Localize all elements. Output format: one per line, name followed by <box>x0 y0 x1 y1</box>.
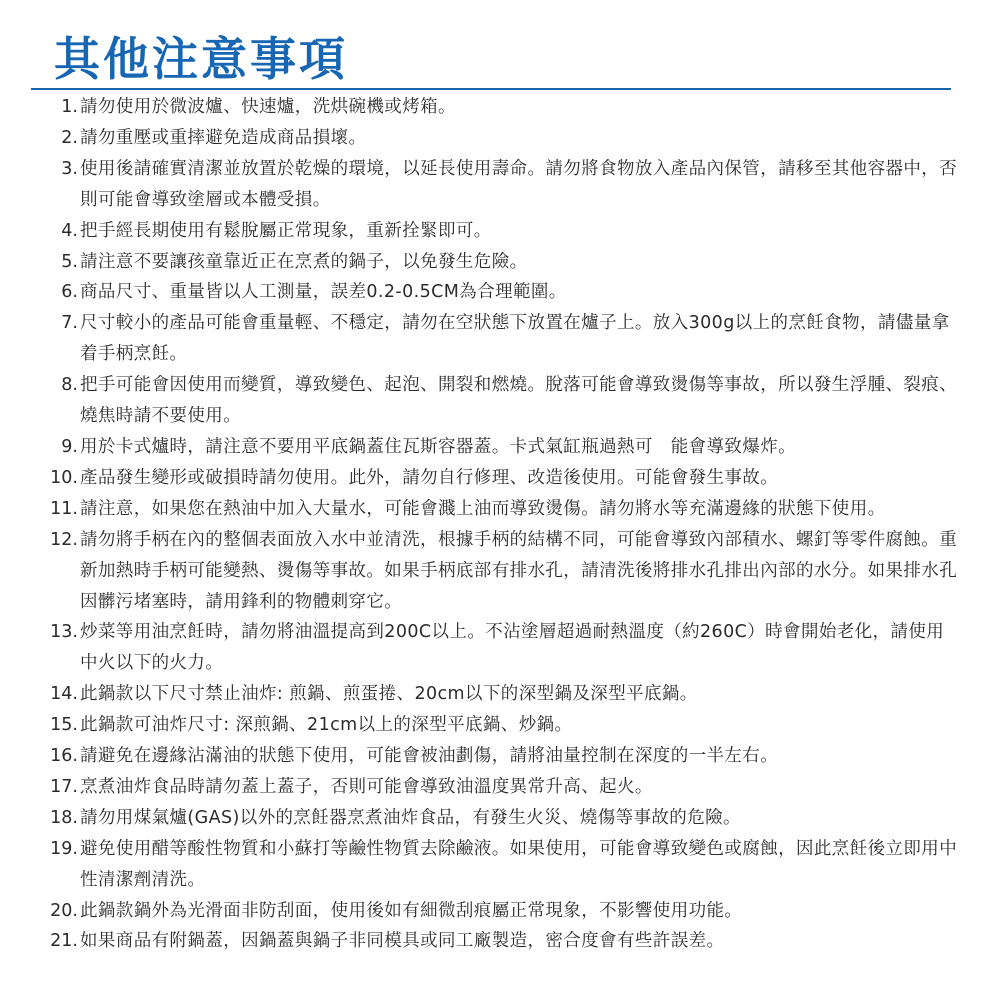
note-text: 請勿將手柄在內的整個表面放入水中並清洗，根據手柄的結構不同，可能會導致內部積水、… <box>80 525 960 618</box>
note-text: 請勿使用於微波爐、快速爐，洗烘碗機或烤箱。 <box>80 92 960 123</box>
note-text: 把手經長期使用有鬆脫屬正常現象，重新拴緊即可。 <box>80 216 960 247</box>
note-item: 20.此鍋款鍋外為光滑面非防刮面，使用後如有細微刮痕屬正常現象，不影響使用功能。 <box>0 896 1000 927</box>
note-item: 8.把手可能會因使用而變質，導致變色、起泡、開裂和燃燒。脫落可能會導致燙傷等事故… <box>0 370 1000 432</box>
note-number: 16. <box>0 741 80 772</box>
note-number: 1. <box>0 92 80 123</box>
note-item: 1.請勿使用於微波爐、快速爐，洗烘碗機或烤箱。 <box>0 92 1000 123</box>
note-item: 10.產品發生變形或破損時請勿使用。此外，請勿自行修理、改造後使用。可能會發生事… <box>0 463 1000 494</box>
note-item: 4.把手經長期使用有鬆脫屬正常現象，重新拴緊即可。 <box>0 216 1000 247</box>
note-item: 15.此鍋款可油炸尺寸: 深煎鍋、21cm以上的深型平底鍋、炒鍋。 <box>0 710 1000 741</box>
note-number: 5. <box>0 247 80 278</box>
note-text: 如果商品有附鍋蓋，因鍋蓋與鍋子非同模具或同工廠製造，密合度會有些許誤差。 <box>80 926 960 957</box>
note-number: 7. <box>0 308 80 339</box>
note-item: 2.請勿重壓或重摔避免造成商品損壞。 <box>0 123 1000 154</box>
notes-list: 1.請勿使用於微波爐、快速爐，洗烘碗機或烤箱。 2.請勿重壓或重摔避免造成商品損… <box>0 92 1000 957</box>
note-text: 請注意，如果您在熱油中加入大量水，可能會濺上油而導致燙傷。請勿將水等充滿邊緣的狀… <box>80 494 960 525</box>
note-number: 2. <box>0 123 80 154</box>
note-text: 用於卡式爐時，請注意不要用平底鍋蓋住瓦斯容器蓋。卡式氣缸瓶過熱可 能會導致爆炸。 <box>80 432 960 463</box>
title-divider <box>31 88 951 90</box>
note-text: 商品尺寸、重量皆以人工測量，誤差0.2-0.5CM為合理範圍。 <box>80 277 960 308</box>
note-text: 請注意不要讓孩童靠近正在烹煮的鍋子，以免發生危險。 <box>80 247 960 278</box>
note-number: 8. <box>0 370 80 401</box>
note-number: 18. <box>0 803 80 834</box>
note-number: 14. <box>0 679 80 710</box>
note-number: 12. <box>0 525 80 556</box>
note-text: 請勿用煤氣爐(GAS)以外的烹飪器烹煮油炸食品，有發生火災、燒傷等事故的危險。 <box>80 803 960 834</box>
note-number: 4. <box>0 216 80 247</box>
note-text: 產品發生變形或破損時請勿使用。此外，請勿自行修理、改造後使用。可能會發生事故。 <box>80 463 960 494</box>
note-item: 13.炒菜等用油烹飪時，請勿將油溫提高到200C以上。不沾塗層超過耐熱溫度（約2… <box>0 617 1000 679</box>
note-number: 15. <box>0 710 80 741</box>
note-text: 烹煮油炸食品時請勿蓋上蓋子，否則可能會導致油溫度異常升高、起火。 <box>80 772 960 803</box>
note-text: 請避免在邊緣沾滿油的狀態下使用，可能會被油劃傷，請將油量控制在深度的一半左右。 <box>80 741 960 772</box>
note-number: 20. <box>0 896 80 927</box>
note-item: 5.請注意不要讓孩童靠近正在烹煮的鍋子，以免發生危險。 <box>0 247 1000 278</box>
note-item: 21.如果商品有附鍋蓋，因鍋蓋與鍋子非同模具或同工廠製造，密合度會有些許誤差。 <box>0 926 1000 957</box>
note-item: 16.請避免在邊緣沾滿油的狀態下使用，可能會被油劃傷，請將油量控制在深度的一半左… <box>0 741 1000 772</box>
note-number: 10. <box>0 463 80 494</box>
note-item: 14.此鍋款以下尺寸禁止油炸: 煎鍋、煎蛋捲、20cm以下的深型鍋及深型平底鍋。 <box>0 679 1000 710</box>
note-number: 6. <box>0 277 80 308</box>
note-number: 9. <box>0 432 80 463</box>
note-number: 11. <box>0 494 80 525</box>
note-number: 3. <box>0 154 80 185</box>
note-text: 此鍋款可油炸尺寸: 深煎鍋、21cm以上的深型平底鍋、炒鍋。 <box>80 710 960 741</box>
note-text: 請勿重壓或重摔避免造成商品損壞。 <box>80 123 960 154</box>
note-item: 12.請勿將手柄在內的整個表面放入水中並清洗，根據手柄的結構不同，可能會導致內部… <box>0 525 1000 618</box>
note-number: 17. <box>0 772 80 803</box>
note-item: 6.商品尺寸、重量皆以人工測量，誤差0.2-0.5CM為合理範圍。 <box>0 277 1000 308</box>
note-item: 9.用於卡式爐時，請注意不要用平底鍋蓋住瓦斯容器蓋。卡式氣缸瓶過熱可 能會導致爆… <box>0 432 1000 463</box>
note-item: 18.請勿用煤氣爐(GAS)以外的烹飪器烹煮油炸食品，有發生火災、燒傷等事故的危… <box>0 803 1000 834</box>
note-number: 19. <box>0 834 80 865</box>
note-item: 11.請注意，如果您在熱油中加入大量水，可能會濺上油而導致燙傷。請勿將水等充滿邊… <box>0 494 1000 525</box>
note-text: 避免使用醋等酸性物質和小蘇打等鹼性物質去除鹼液。如果使用，可能會導致變色或腐蝕，… <box>80 834 960 896</box>
note-item: 19.避免使用醋等酸性物質和小蘇打等鹼性物質去除鹼液。如果使用，可能會導致變色或… <box>0 834 1000 896</box>
note-text: 使用後請確實清潔並放置於乾燥的環境，以延長使用壽命。請勿將食物放入產品內保管，請… <box>80 154 960 216</box>
note-text: 此鍋款鍋外為光滑面非防刮面，使用後如有細微刮痕屬正常現象，不影響使用功能。 <box>80 896 960 927</box>
note-text: 把手可能會因使用而變質，導致變色、起泡、開裂和燃燒。脫落可能會導致燙傷等事故，所… <box>80 370 960 432</box>
page-title: 其他注意事項 <box>54 30 348 88</box>
note-number: 13. <box>0 617 80 648</box>
note-text: 炒菜等用油烹飪時，請勿將油溫提高到200C以上。不沾塗層超過耐熱溫度（約260C… <box>80 617 960 679</box>
note-text: 尺寸較小的產品可能會重量輕、不穩定，請勿在空狀態下放置在爐子上。放入300g以上… <box>80 308 960 370</box>
note-item: 3.使用後請確實清潔並放置於乾燥的環境，以延長使用壽命。請勿將食物放入產品內保管… <box>0 154 1000 216</box>
note-number: 21. <box>0 926 80 957</box>
note-text: 此鍋款以下尺寸禁止油炸: 煎鍋、煎蛋捲、20cm以下的深型鍋及深型平底鍋。 <box>80 679 960 710</box>
note-item: 17.烹煮油炸食品時請勿蓋上蓋子，否則可能會導致油溫度異常升高、起火。 <box>0 772 1000 803</box>
note-item: 7.尺寸較小的產品可能會重量輕、不穩定，請勿在空狀態下放置在爐子上。放入300g… <box>0 308 1000 370</box>
